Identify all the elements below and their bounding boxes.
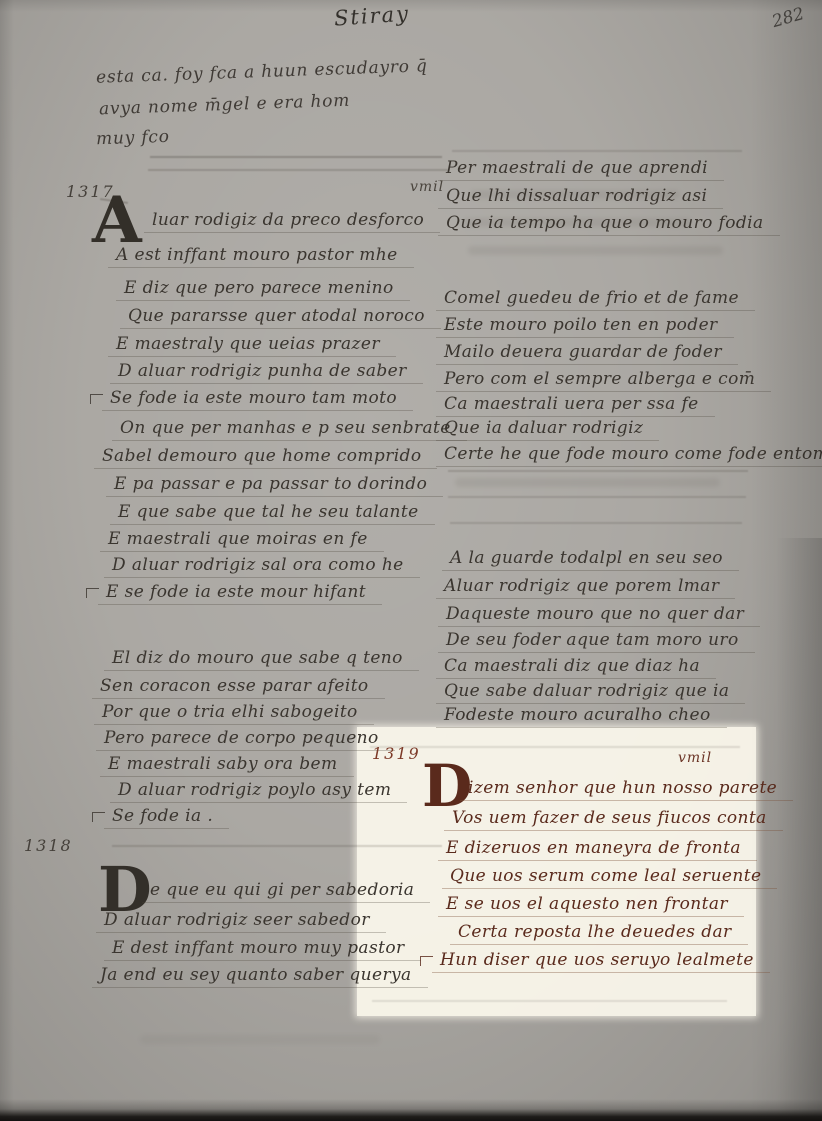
verse-line: E maestrali saby ora bem xyxy=(108,756,338,773)
verse-line: Que sabe daluar rodrigiz que ia xyxy=(444,683,729,700)
ruled-line xyxy=(112,845,442,847)
verse-line: D aluar rodrigiz seer sabedor xyxy=(104,912,370,929)
verse-line: Aluar rodrigiz que porem lmar xyxy=(444,578,719,595)
verse-line: D aluar rodrigiz poylo asy tem xyxy=(118,782,391,799)
ruled-line xyxy=(452,150,742,152)
verse-line: Se fode ia este mouro tam moto xyxy=(110,390,397,407)
verse-line: Daqueste mouro que no quer dar xyxy=(446,606,744,623)
verse-line: A la guarde todalpl en seu seo xyxy=(450,550,723,567)
rubric-line: muy fco xyxy=(96,127,170,150)
verse-line: Certa reposta lhe deuedes dar xyxy=(458,924,732,941)
verse-line: Ja end eu sey quanto saber querya xyxy=(100,967,412,984)
verse-line: D aluar rodrigiz sal ora como he xyxy=(112,557,404,574)
verse-line: Este mouro poilo ten en poder xyxy=(444,317,718,334)
verse-line: Sen coracon esse parar afeito xyxy=(100,678,369,695)
verse-line: Fodeste mouro acuralho cheo xyxy=(444,707,711,724)
verse-line: Se fode ia . xyxy=(112,808,213,825)
colocci-annotation: vmil xyxy=(410,179,444,195)
verse-line: izem senhor que hun nosso parete xyxy=(468,780,777,797)
verse-line: Por que o tria elhi sabogeito xyxy=(102,704,358,721)
colocci-annotation: vmil xyxy=(678,750,712,766)
verse-line: De seu foder aque tam moro uro xyxy=(446,632,739,649)
cantiga-number: 1319 xyxy=(372,744,421,763)
verse-line: E que sabe que tal he seu talante xyxy=(118,504,419,521)
verse-line: D aluar rodrigiz punha de saber xyxy=(118,363,407,380)
verse-line: Que ia daluar rodrigiz xyxy=(444,420,643,437)
ruled-line xyxy=(450,522,742,524)
page-left-edge-shadow xyxy=(0,0,14,1121)
page-right-edge-shadow-lower xyxy=(776,538,822,1121)
verse-line: Vos uem fazer de seus fiucos conta xyxy=(452,810,767,827)
verse-line: Que lhi dissaluar rodrigiz asi xyxy=(446,188,707,205)
drop-cap-initial: A xyxy=(92,192,142,250)
drop-cap-initial: D xyxy=(422,760,472,812)
verse-line: Per maestrali de que aprendi xyxy=(446,160,708,177)
scan-bottom-border xyxy=(0,1099,822,1121)
verse-line: Que uos serum come leal seruente xyxy=(450,868,761,885)
bleedthrough-smudge xyxy=(468,246,723,255)
verse-line: E maestrali que moiras en fe xyxy=(108,531,368,548)
verse-line: e que eu qui gi per sabedoria xyxy=(150,882,414,899)
verse-line: Pero com el sempre alberga e com̄ xyxy=(444,371,755,388)
verse-line: E dizeruos en maneyra de fronta xyxy=(446,840,741,857)
verse-line: E pa passar e pa passar to dorindo xyxy=(114,476,427,493)
verse-line: Hun diser que uos seruyo lealmete xyxy=(440,952,754,969)
verse-line: E dest inffant mouro muy pastor xyxy=(112,940,405,957)
verse-line: Comel guedeu de frio et de fame xyxy=(444,290,739,307)
page-top-edge-shadow xyxy=(0,0,822,12)
ruled-line xyxy=(150,156,442,158)
ruled-line xyxy=(372,1000,727,1002)
verse-line: A est inffant mouro pastor mhe xyxy=(116,247,398,264)
ruled-line xyxy=(448,470,748,472)
verse-line: Sabel demouro que home comprido xyxy=(102,448,421,465)
ruled-line xyxy=(370,746,740,748)
verse-line: Que pararsse quer atodal noroco xyxy=(128,308,425,325)
verse-line: On que per manhas e p seu senbrate xyxy=(120,420,451,437)
ruled-line xyxy=(448,496,746,498)
bleedthrough-smudge xyxy=(455,478,720,487)
ruled-line xyxy=(148,169,448,171)
rubric-line: avya nome m̄gel e era hom xyxy=(99,91,351,120)
verse-line: luar rodigiz da preco desforco xyxy=(152,212,424,229)
verse-line: Mailo deuera guardar de foder xyxy=(444,344,722,361)
manuscript-page: Stiray 282 esta ca. foy fca a huun escud… xyxy=(0,0,822,1121)
verse-line: E diz que pero parece menino xyxy=(124,280,394,297)
verse-line: El diz do mouro que sabe q teno xyxy=(112,650,403,667)
cantiga-number: 1318 xyxy=(24,836,73,855)
verse-line: E se fode ia este mour hifant xyxy=(106,584,366,601)
verse-line: E se uos el aquesto nen frontar xyxy=(446,896,728,913)
verse-line: Ca maestrali uera per ssa fe xyxy=(444,396,699,413)
rubric-line: esta ca. foy fca a huun escudayro q̄ xyxy=(96,56,428,88)
verse-line: Que ia tempo ha que o mouro fodia xyxy=(446,215,764,232)
bleedthrough-smudge xyxy=(140,1035,380,1044)
header-inscription: Stiray xyxy=(333,1,410,30)
verse-line: E maestraly que ueias prazer xyxy=(116,336,380,353)
verse-line: Ca maestrali diz que diaz ha xyxy=(444,658,700,675)
verse-line: Pero parece de corpo pequeno xyxy=(104,730,379,747)
